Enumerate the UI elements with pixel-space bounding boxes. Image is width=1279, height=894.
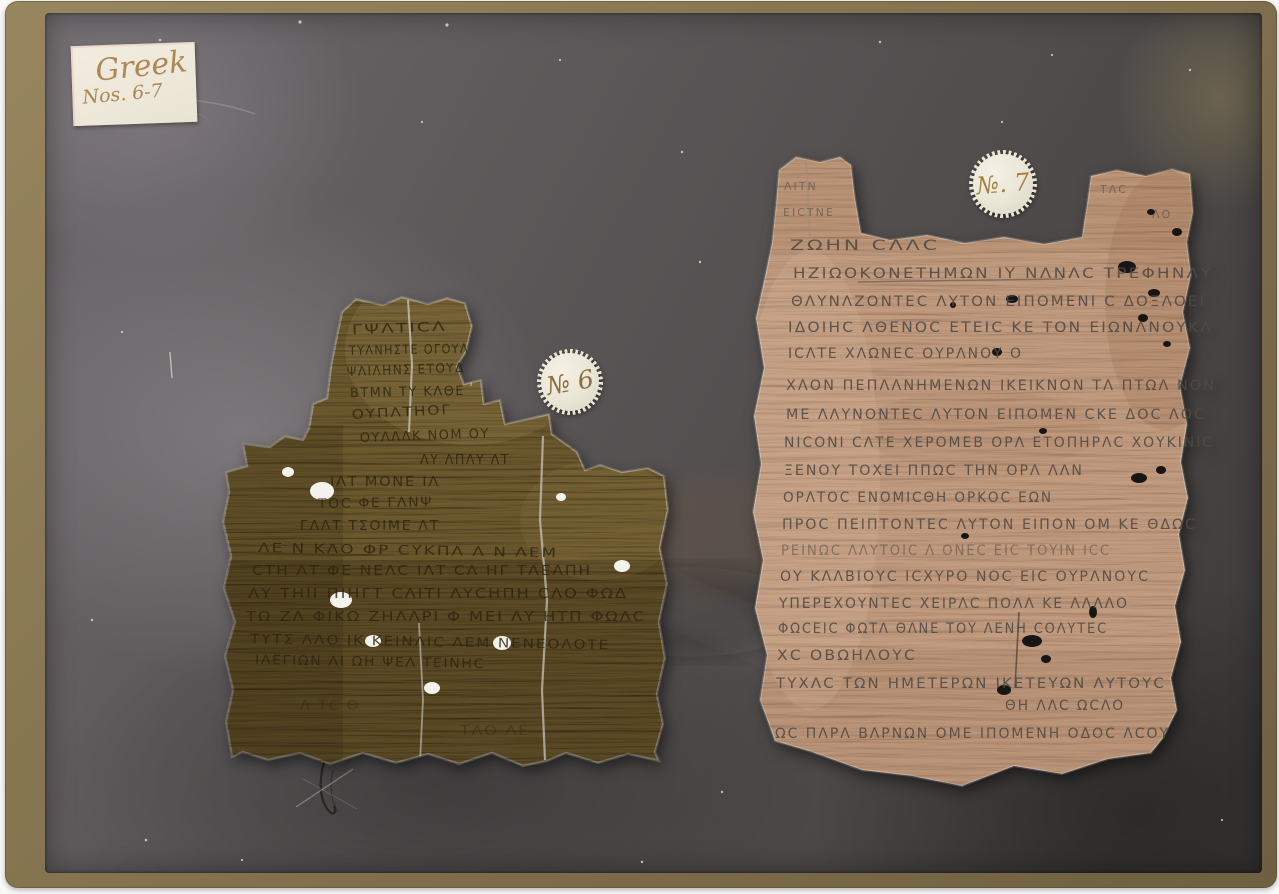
case-frame [5, 1, 1277, 888]
seal-no7-number: №. 7 [966, 147, 1040, 221]
mount-board [45, 13, 1262, 873]
seal-no6-number: № 6 [532, 344, 608, 420]
seal-no7: №. 7 [969, 150, 1037, 218]
seal-no6: № 6 [537, 349, 603, 415]
collection-label: Greek Nos. 6-7 [71, 42, 198, 126]
photograph-papyrus-case: ΓΨΛΤΙCΛ ΤΥΛΝΗΣΤΕ ΟΓΟΥΛ ΨΛΙΛΗΝΣ ΕΤΟΥΔ ΒΤΜ… [0, 0, 1279, 894]
